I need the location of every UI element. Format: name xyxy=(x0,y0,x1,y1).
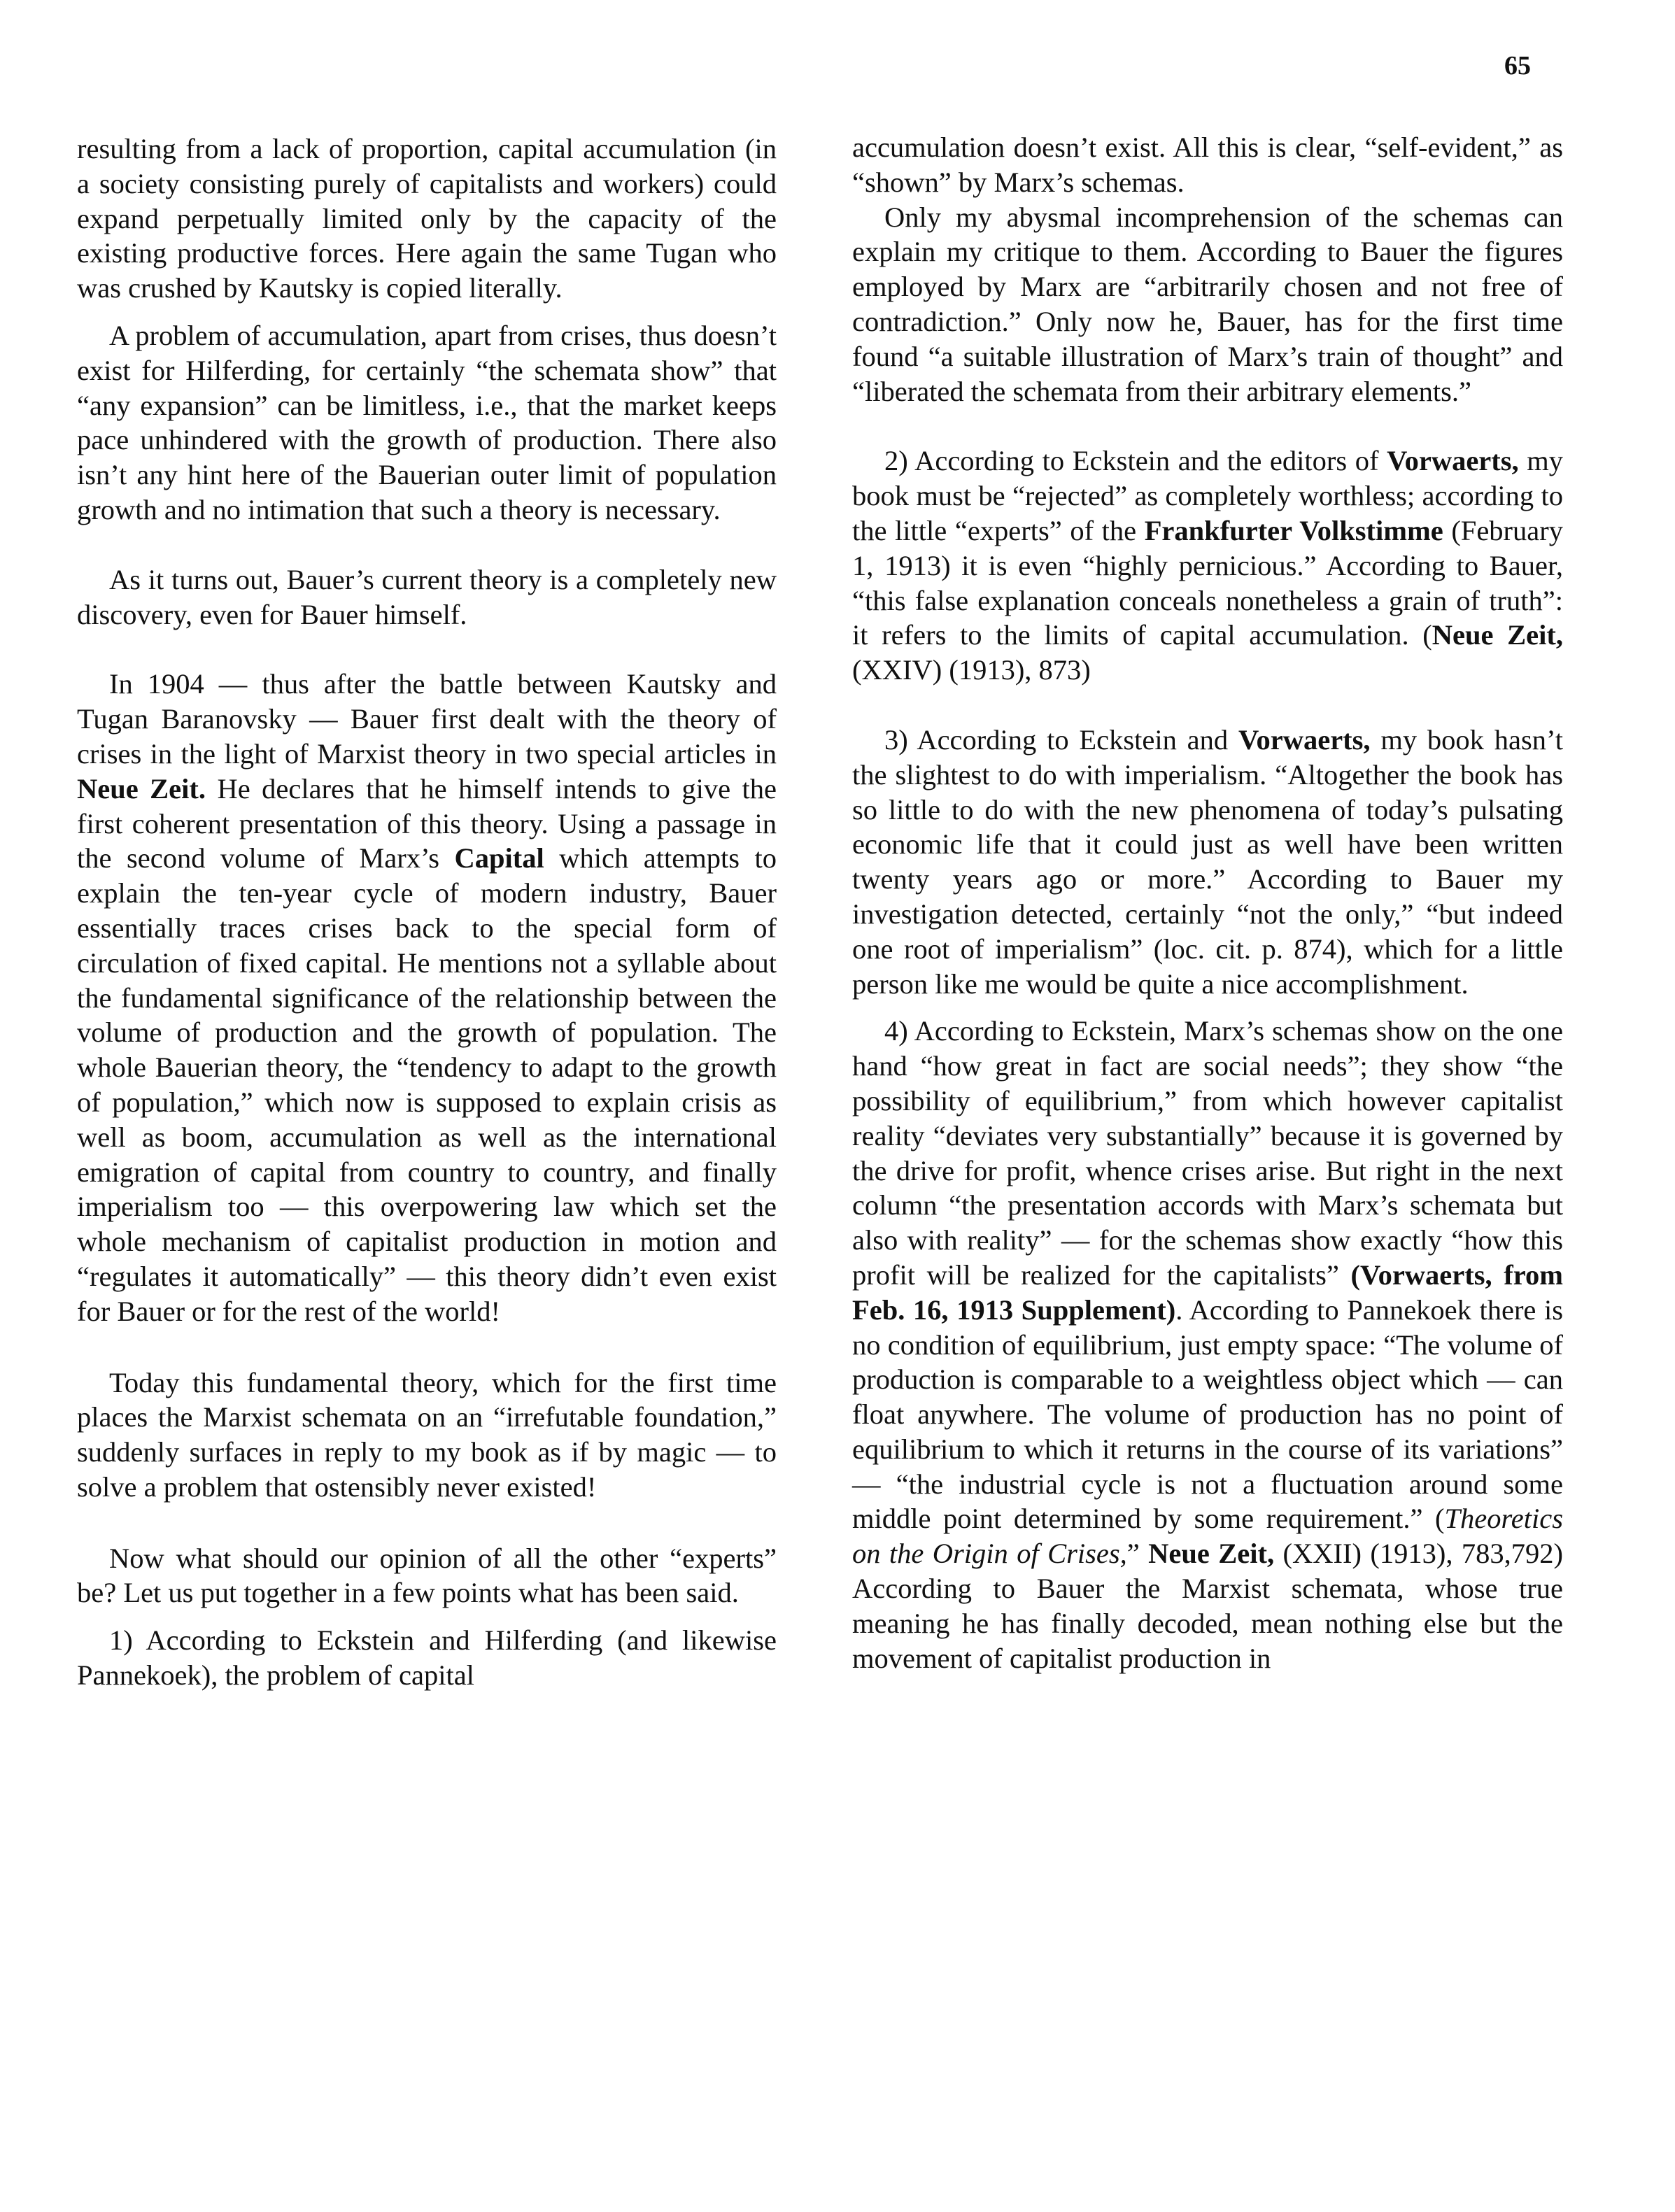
paragraph: In 1904 — thus after the battle between … xyxy=(77,667,777,1328)
publication-title: Vorwaerts, xyxy=(1238,724,1371,756)
publication-title: Capital xyxy=(454,842,544,874)
list-item: 4) According to Eckstein, Marx’s schemas… xyxy=(852,1014,1563,1675)
paragraph: As it turns out, Bauer’s current theory … xyxy=(77,562,777,632)
list-item: 2) According to Eckstein and the editors… xyxy=(852,444,1563,688)
paragraph: A problem of accumulation, apart from cr… xyxy=(77,318,777,527)
page-number: 65 xyxy=(1504,50,1531,81)
paragraph: accumulation doesn’t exist. All this is … xyxy=(852,130,1563,200)
paragraph: Today this fundamental theory, which for… xyxy=(77,1366,777,1505)
list-item: 1) According to Eckstein and Hilferding … xyxy=(77,1623,777,1693)
publication-title: Neue Zeit, xyxy=(1432,619,1563,651)
publication-title: Neue Zeit. xyxy=(77,773,206,804)
paragraph: resulting from a lack of proportion, cap… xyxy=(77,132,777,306)
right-column: accumulation doesn’t exist. All this is … xyxy=(852,130,1563,1675)
publication-title: Neue Zeit, xyxy=(1148,1538,1274,1569)
paragraph: Now what should our opinion of all the o… xyxy=(77,1541,777,1611)
publication-title: Vorwaerts, xyxy=(1387,445,1519,476)
publication-title: Frankfurter Volkstimme xyxy=(1145,515,1443,546)
list-item: 3) According to Eckstein and Vorwaerts, … xyxy=(852,723,1563,1001)
left-column: resulting from a lack of proportion, cap… xyxy=(77,132,777,1693)
paragraph: Only my abysmal incomprehension of the s… xyxy=(852,200,1563,409)
